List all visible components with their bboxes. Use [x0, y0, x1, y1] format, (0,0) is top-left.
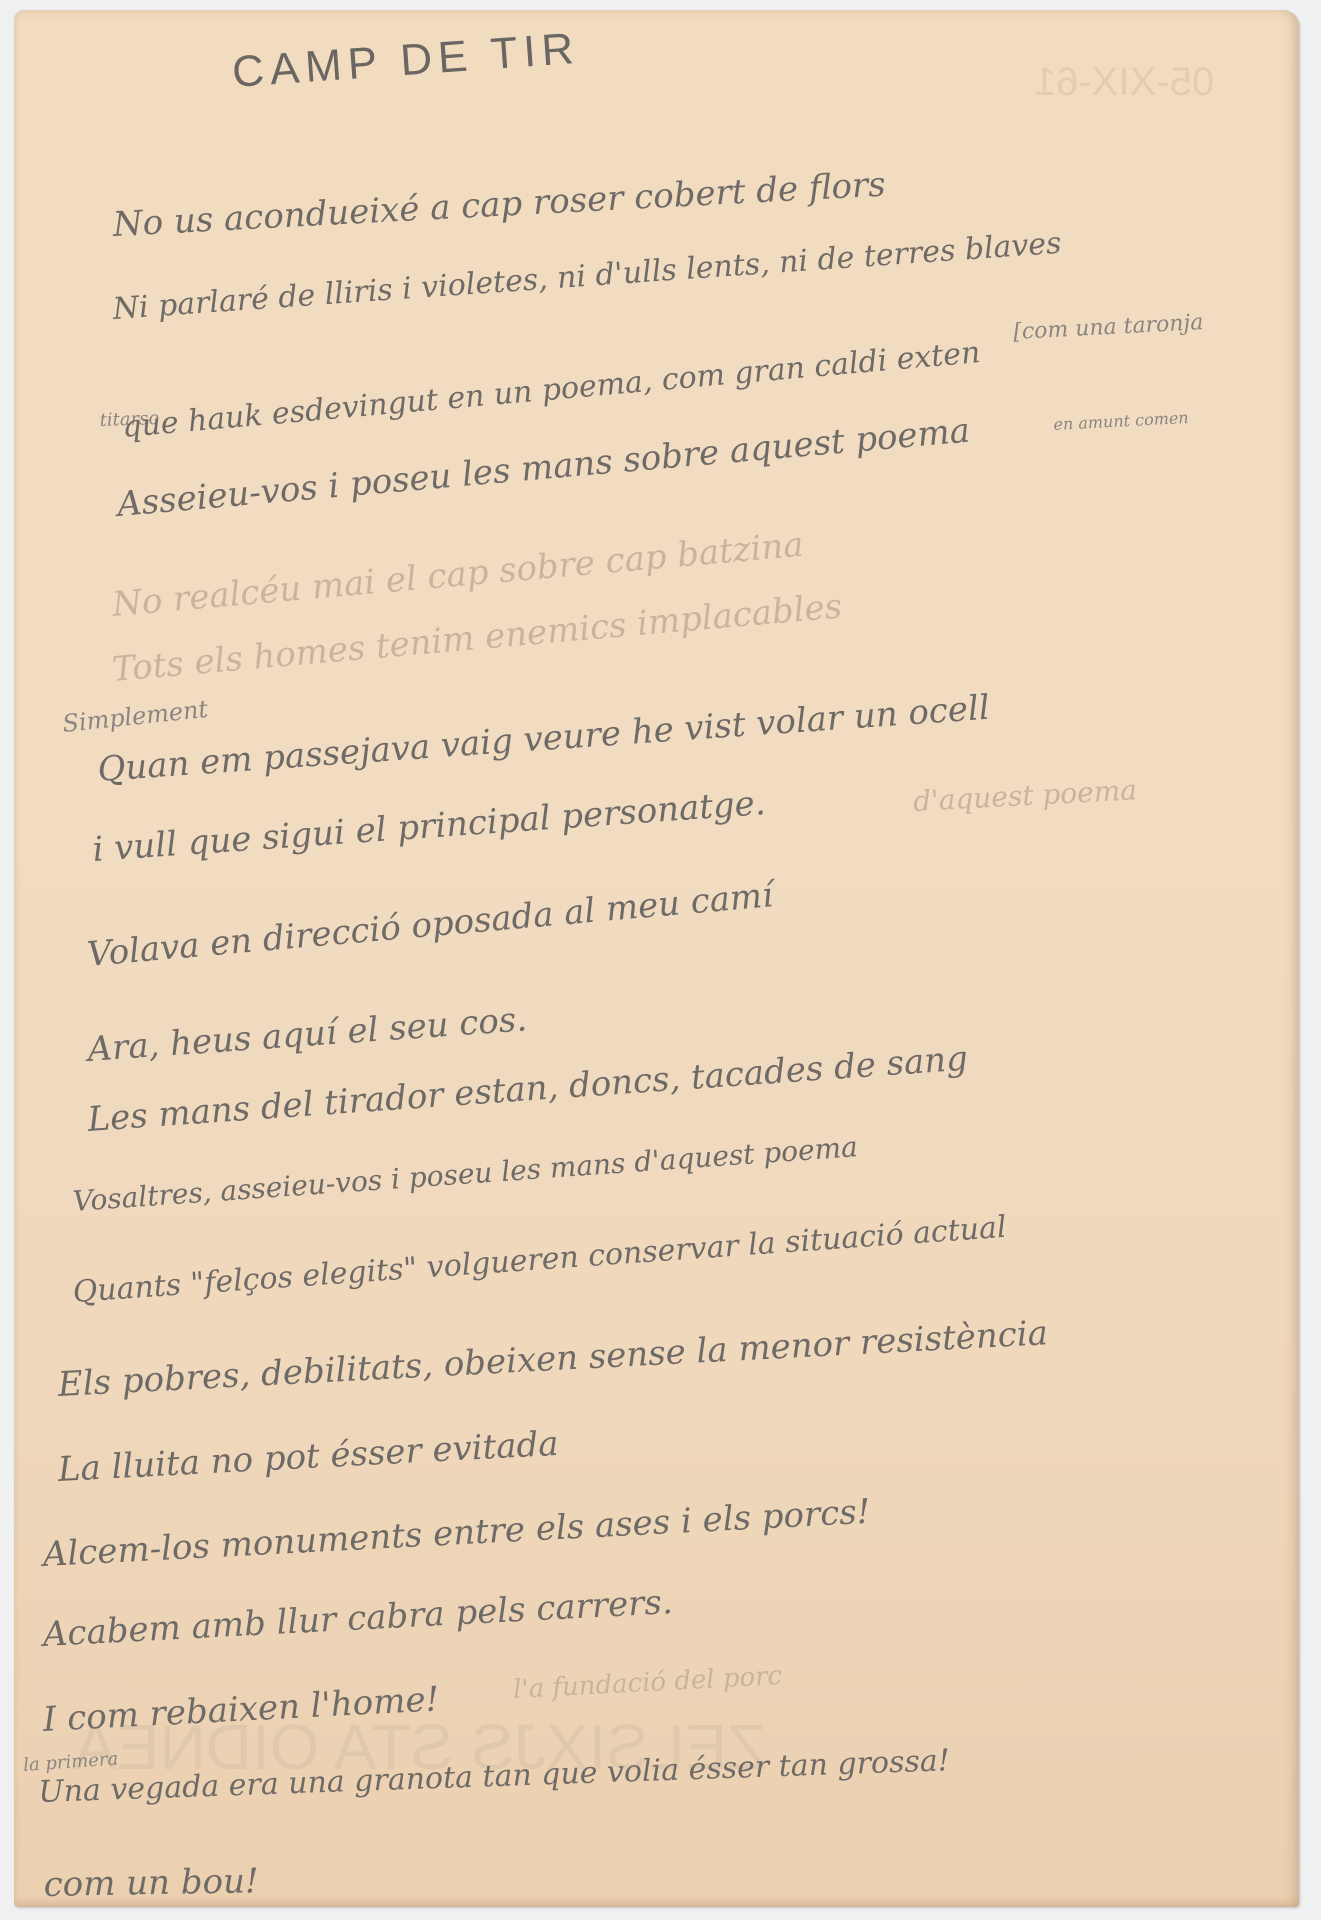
show-through-stamp-top: 05-XIX-61	[1034, 60, 1214, 105]
poem-line-16: Alcem-los monuments entre els ases i els…	[42, 1492, 871, 1575]
faint-insert-fundacio: l'a fundació del porc	[512, 1661, 782, 1705]
poem-line-8-continuation: d'aquest poema	[912, 773, 1137, 818]
insert-note-amunt: en amunt comen	[1053, 408, 1189, 434]
poem-line-17: Acabem amb llur cabra pels carrers.	[42, 1582, 674, 1655]
poem-line-12: Vosaltres, asseieu-vos i poseu les mans …	[72, 1130, 859, 1218]
poem-line-2: Ni parlaré de lliris i violetes, ni d'ul…	[112, 226, 1063, 327]
poem-line-9: Volava en direcció oposada al meu camí	[86, 875, 775, 975]
poem-line-15: La lluita no pot ésser evitada	[57, 1424, 560, 1490]
poem-title: CAMP DE TIR	[231, 24, 582, 98]
poem-line-1: No us acondueixé a cap roser cobert de f…	[112, 165, 887, 245]
poem-line-20: com un bou!	[43, 1861, 259, 1905]
poem-line-14: Els pobres, debilitats, obeixen sense la…	[57, 1313, 1049, 1405]
poem-line-13: Quants "felços elegits" volgueren conser…	[72, 1210, 1008, 1310]
manuscript-page: 05-XIX-61 ZELSIXJS STA OIDNEA CAMP DE TI…	[14, 10, 1299, 1907]
insert-note-com-una-taronja: [com una taronja	[1013, 310, 1204, 345]
margin-note-simplement: Simplement	[61, 695, 209, 738]
poem-line-8: i vull que sigui el principal personatge…	[91, 783, 767, 870]
poem-line-10: Ara, heus aquí el seu cos.	[86, 999, 528, 1070]
poem-line-7: Quan em passejava vaig veure he vist vol…	[96, 688, 991, 790]
